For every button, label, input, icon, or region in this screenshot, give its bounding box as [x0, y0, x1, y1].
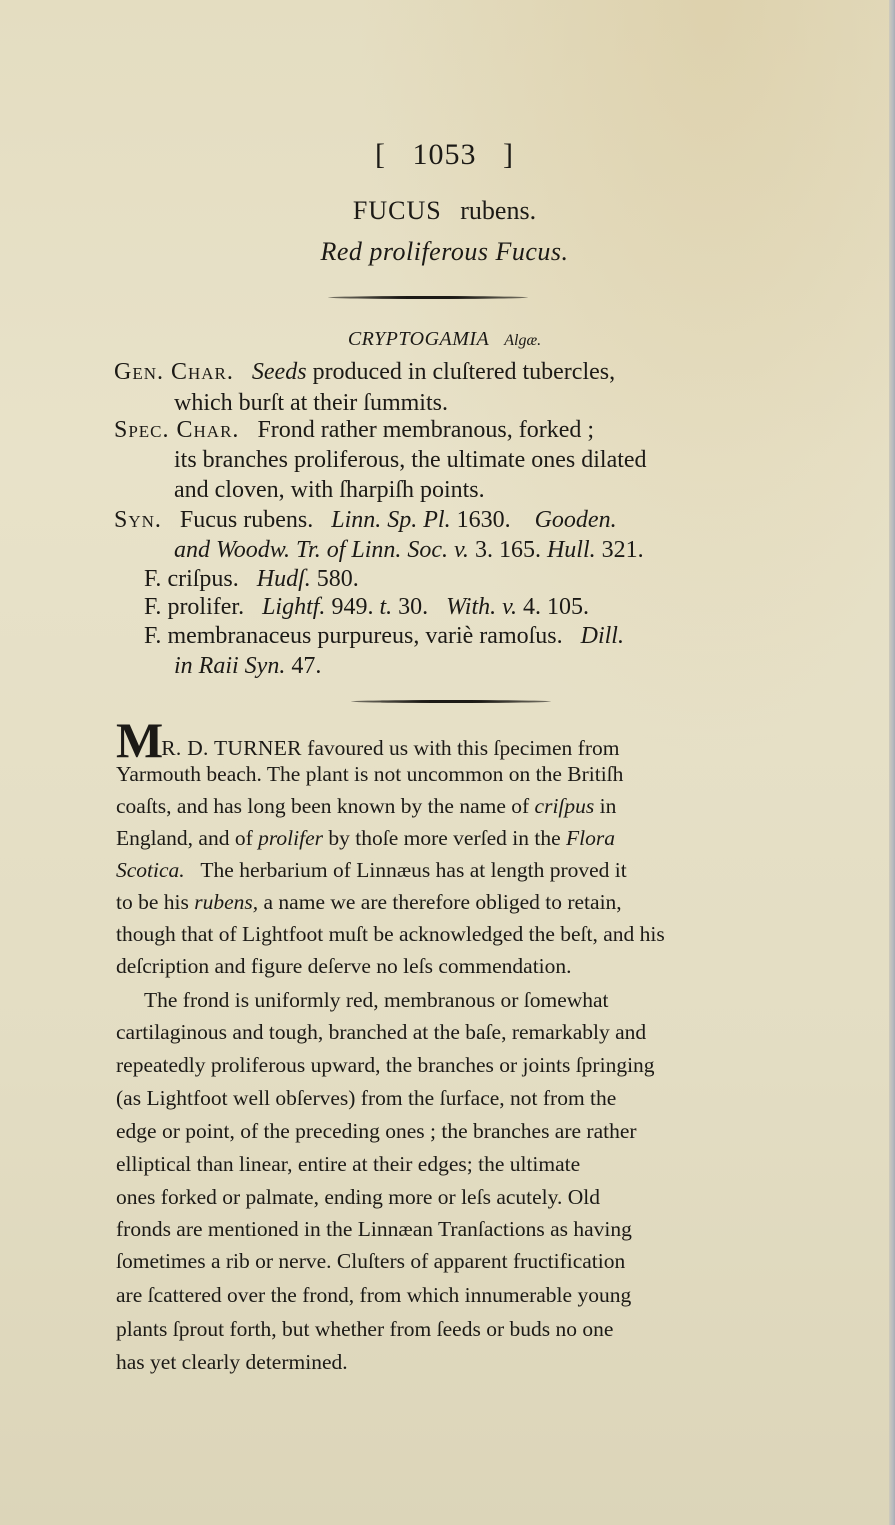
- bracket-open: [: [375, 138, 386, 172]
- author-name: R. D. TURNER: [161, 736, 302, 760]
- description-para2-line11: plants ſprout forth, but whether from ſe…: [116, 1313, 613, 1345]
- syn-label: Syn.: [114, 507, 162, 533]
- species-title: FUCUS rubens.: [0, 196, 889, 226]
- synonym-ref-num: 4. 105.: [523, 594, 589, 620]
- synonym-ref: t.: [379, 594, 392, 620]
- gen-char-text: produced in cluſtered tubercles,: [313, 359, 616, 385]
- generic-character-line2: which burſt at their ſummits.: [174, 389, 448, 418]
- text-span: coaſts, and has long been known by the n…: [116, 794, 529, 818]
- synonym-ref-num: 580.: [317, 566, 359, 592]
- spec-char-label: Spec. Char.: [114, 417, 239, 443]
- book-page: [ 1053 ] FUCUS rubens. Red proliferous F…: [0, 0, 889, 1525]
- synonym-prefix: F.: [144, 566, 161, 592]
- synonym-ref-num: 30.: [398, 594, 428, 620]
- specific-character-line2: its branches proliferous, the ultimate o…: [174, 446, 647, 475]
- description-para1-line8: deſcription and figure deſerve no leſs c…: [116, 950, 572, 982]
- common-name: Red proliferous Fucus.: [0, 237, 889, 267]
- synonym-ref: Linn. Sp. Pl.: [331, 507, 450, 533]
- description-para2-line7: ones forked or palmate, ending more or l…: [116, 1181, 600, 1213]
- synonym-ref: Hudſ.: [257, 566, 311, 592]
- description-para1-line3: coaſts, and has long been known by the n…: [116, 790, 616, 822]
- specific-character-line1: Spec. Char. Frond rather membranous, for…: [114, 416, 594, 445]
- description-para2-line5: edge or point, of the preceding ones ; t…: [116, 1115, 637, 1147]
- generic-character-line1: Gen. Char. Seeds produced in cluſtered t…: [114, 358, 615, 387]
- divider-rule: [328, 296, 528, 299]
- description-para2-line8: fronds are mentioned in the Linnæan Tran…: [116, 1213, 632, 1245]
- gen-char-lead: Seeds: [252, 359, 307, 385]
- description-para1-line2: Yarmouth beach. The plant is not uncommo…: [116, 758, 623, 790]
- class-name: CRYPTOGAMIA: [348, 328, 489, 350]
- gen-char-label: Gen. Char.: [114, 359, 234, 385]
- description-para2-line2: cartilaginous and tough, branched at the…: [116, 1016, 646, 1048]
- description-para2-line1: The frond is uniformly red, membranous o…: [144, 984, 609, 1016]
- italic-term: Flora: [566, 826, 615, 850]
- text-span: The herbarium of Linnæus has at length p…: [200, 858, 626, 882]
- synonym-ref: With. v.: [446, 594, 517, 620]
- synonym-prefix: F.: [144, 623, 161, 649]
- description-para1-line5: Scotica. The herbarium of Linnæus has at…: [116, 854, 627, 886]
- divider-rule: [351, 700, 551, 703]
- text-span: a name we are therefore obliged to retai…: [264, 890, 622, 914]
- synonym-ref: in Raii Syn.: [174, 653, 285, 679]
- synonym-line1: Syn. Fucus rubens. Linn. Sp. Pl. 1630. G…: [114, 506, 617, 535]
- description-para1-line4: England, and of prolifer by thoſe more v…: [116, 822, 615, 854]
- synonym-line6: in Raii Syn. 47.: [174, 652, 321, 681]
- description-para2-line10: are ſcattered over the frond, from which…: [116, 1279, 631, 1311]
- synonym-ref-num: 949.: [331, 594, 373, 620]
- bracket-close: ]: [503, 138, 514, 172]
- description-para1-line7: though that of Lightfoot muſt be acknowl…: [116, 918, 665, 950]
- synonym-name: criſpus.: [167, 566, 238, 592]
- synonym-name: membranaceus purpureus, variè ramoſus.: [167, 623, 562, 649]
- italic-term: Scotica.: [116, 858, 185, 882]
- synonym-ref: Dill.: [581, 623, 624, 649]
- italic-term: criſpus: [535, 794, 595, 818]
- text-span: to be his: [116, 890, 189, 914]
- description-para2-line9: ſometimes a rib or nerve. Cluſters of ap…: [116, 1245, 625, 1277]
- species-name: rubens.: [460, 196, 536, 225]
- synonym-line5: F. membranaceus purpureus, variè ramoſus…: [144, 622, 624, 651]
- synonym-name: prolifer.: [167, 594, 244, 620]
- description-para2-line6: elliptical than linear, entire at their …: [116, 1148, 580, 1180]
- synonym-line2: and Woodw. Tr. of Linn. Soc. v. 3. 165. …: [174, 536, 644, 565]
- synonym-prefix: F.: [144, 594, 161, 620]
- drop-cap: M: [116, 720, 163, 760]
- synonym-line3: F. criſpus. Hudſ. 580.: [144, 565, 359, 594]
- page-edge: [889, 0, 895, 1525]
- specific-character-line3: and cloven, with ſharpiſh points.: [174, 476, 485, 505]
- description-para2-line12: has yet clearly determined.: [116, 1346, 348, 1378]
- synonym-ref-num: 47.: [291, 653, 321, 679]
- description-para1-line6: to be his rubens, a name we are therefor…: [116, 886, 622, 918]
- text-span: by thoſe more verſed in the: [328, 826, 560, 850]
- synonym-ref: and Woodw. Tr. of Linn. Soc. v.: [174, 537, 469, 563]
- synonym-ref-num: 1630.: [457, 507, 511, 533]
- order-name: Algæ.: [504, 332, 541, 349]
- classification: CRYPTOGAMIA Algæ.: [0, 328, 889, 351]
- synonym-ref: Gooden.: [535, 507, 617, 533]
- spec-char-text: Frond rather membranous, forked ;: [257, 417, 594, 443]
- text-span: in: [600, 794, 617, 818]
- text-span: favoured us with this ſpecimen from: [307, 736, 619, 760]
- synonym-line4: F. prolifer. Lightf. 949. t. 30. With. v…: [144, 593, 589, 622]
- synonym-ref: Hull.: [547, 537, 596, 563]
- synonym-ref-num: 321.: [602, 537, 644, 563]
- description-para2-line4: (as Lightfoot well obſerves) from the ſu…: [116, 1082, 616, 1114]
- synonym-ref: Lightf.: [262, 594, 325, 620]
- italic-term: rubens,: [194, 890, 258, 914]
- text-span: England, and of: [116, 826, 253, 850]
- description-para2-line3: repeatedly proliferous upward, the branc…: [116, 1049, 655, 1081]
- italic-term: prolifer: [258, 826, 323, 850]
- genus-name: FUCUS: [353, 196, 442, 225]
- page-number: [ 1053 ]: [0, 138, 889, 172]
- synonym-ref-num: 3. 165.: [475, 537, 541, 563]
- synonym-name: Fucus rubens.: [180, 507, 313, 533]
- page-number-value: 1053: [413, 138, 477, 171]
